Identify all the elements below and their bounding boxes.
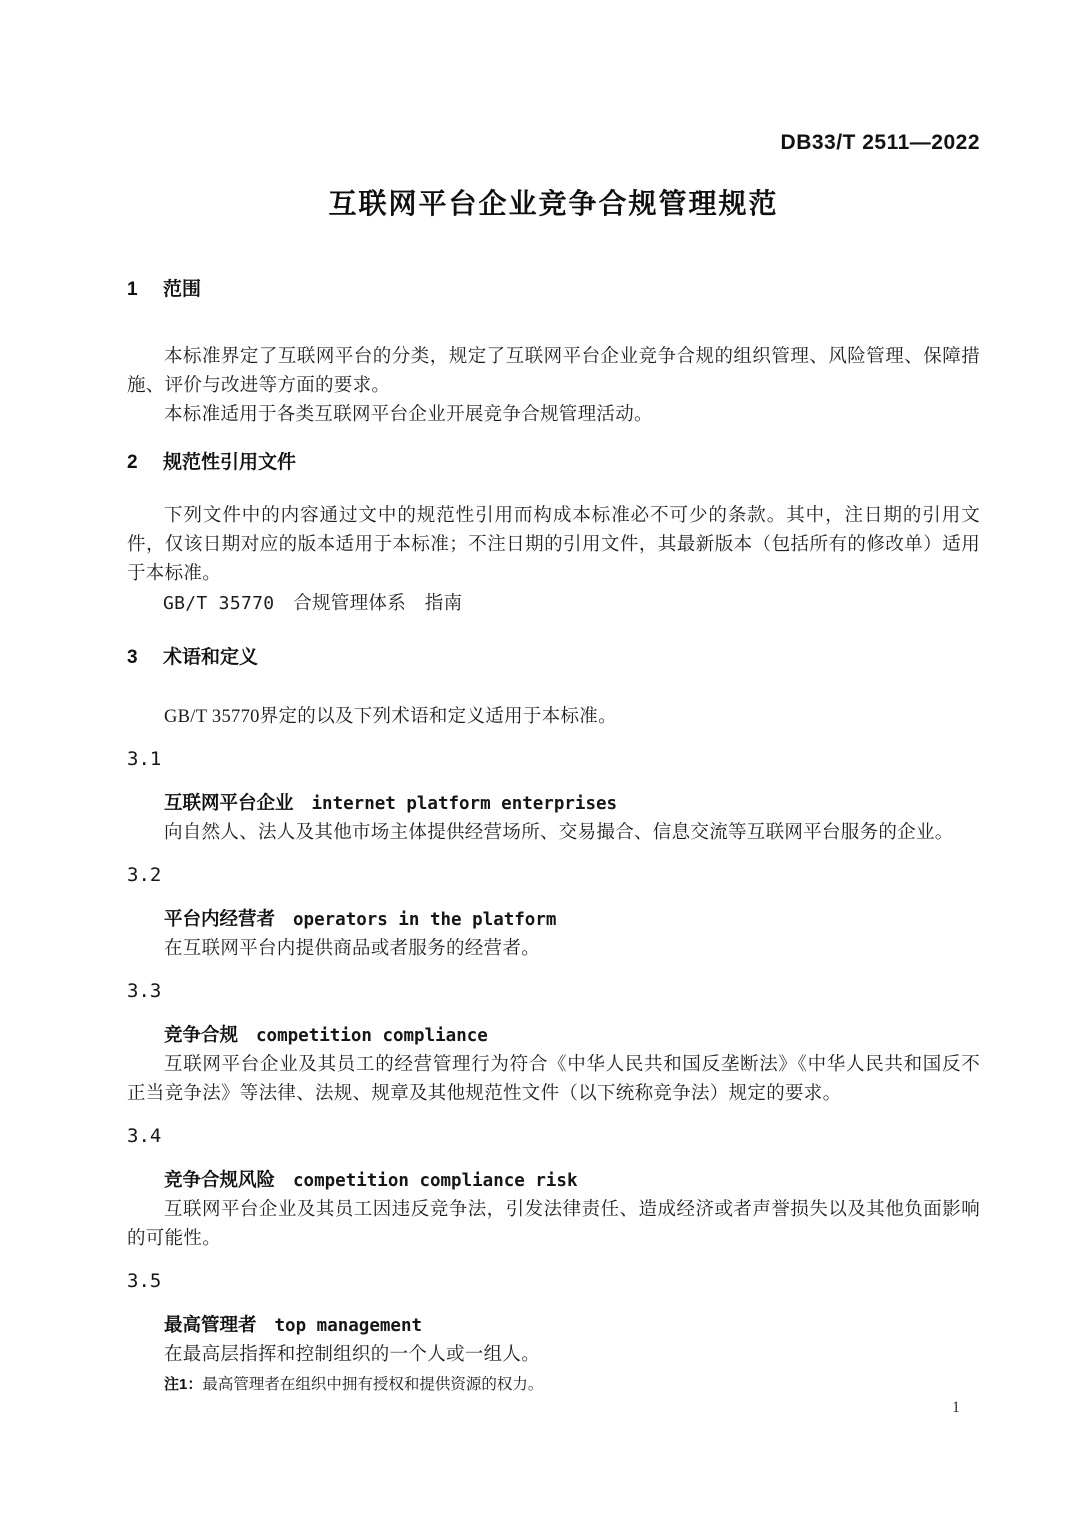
clause-number: 2 (127, 450, 141, 476)
term-id: 3.2 (127, 862, 980, 888)
term-name: 平台内经营者 (164, 908, 275, 929)
term-note: 注1：最高管理者在组织中拥有授权和提供资源的权力。 (164, 1374, 980, 1396)
term-line: 竞争合规风险competition compliance risk (164, 1165, 980, 1196)
term-definition: 在最高层指挥和控制组织的一个人或一组人。 (127, 1341, 980, 1370)
term-english: internet platform enterprises (312, 794, 618, 814)
document-title: 互联网平台企业竞争合规管理规范 (127, 184, 980, 224)
term-definition: 向自然人、法人及其他市场主体提供经营场所、交易撮合、信息交流等互联网平台服务的企… (127, 819, 980, 848)
term-line: 最高管理者top management (164, 1310, 980, 1341)
term-id: 3.3 (127, 978, 980, 1004)
normative-references-paragraph: 下列文件中的内容通过文中的规范性引用而构成本标准必不可少的条款。其中，注日期的引… (127, 502, 980, 589)
term-name: 最高管理者 (164, 1314, 257, 1335)
term-id: 3.1 (127, 746, 980, 772)
clause-heading-terms: 3术语和定义 (127, 645, 980, 671)
term-line: 竞争合规competition compliance (164, 1020, 980, 1051)
scope-body: 本标准界定了互联网平台的分类，规定了互联网平台企业竞争合规的组织管理、风险管理、… (127, 343, 980, 430)
clause-title: 术语和定义 (163, 647, 258, 668)
term-definition: 互联网平台企业及其员工的经营管理行为符合《中华人民共和国反垄断法》《中华人民共和… (127, 1051, 980, 1109)
reference-code: GB/T 35770 (163, 593, 274, 614)
term-line: 平台内经营者operators in the platform (164, 904, 980, 935)
term-name: 互联网平台企业 (164, 792, 294, 813)
term-name: 竞争合规 (164, 1024, 238, 1045)
term-definition: 互联网平台企业及其员工因违反竞争法，引发法律责任、造成经济或者声誉损失以及其他负… (127, 1196, 980, 1254)
terms-intro-paragraph: GB/T 35770界定的以及下列术语和定义适用于本标准。 (127, 703, 980, 732)
clause-number: 1 (127, 277, 141, 303)
term-name: 竞争合规风险 (164, 1169, 275, 1190)
term-id: 3.4 (127, 1123, 980, 1149)
term-english: operators in the platform (293, 910, 556, 930)
note-label: 注1： (164, 1376, 202, 1393)
standard-code: DB33/T 2511—2022 (127, 132, 980, 154)
clause-title: 范围 (163, 279, 201, 300)
clause-heading-normative-references: 2规范性引用文件 (127, 450, 980, 476)
reference-title: 合规管理体系 指南 (274, 594, 462, 614)
reference-entry: GB/T 35770 合规管理体系 指南 (127, 589, 980, 619)
clause-number: 3 (127, 645, 141, 671)
scope-paragraph: 本标准界定了互联网平台的分类，规定了互联网平台企业竞争合规的组织管理、风险管理、… (127, 343, 980, 401)
term-english: top management (275, 1316, 423, 1336)
terms-intro: GB/T 35770界定的以及下列术语和定义适用于本标准。 (127, 703, 980, 732)
term-id: 3.5 (127, 1268, 980, 1294)
term-english: competition compliance risk (293, 1171, 577, 1191)
scope-paragraph: 本标准适用于各类互联网平台企业开展竞争合规管理活动。 (127, 401, 980, 430)
clause-title: 规范性引用文件 (163, 452, 296, 473)
page-number: 1 (952, 1398, 960, 1418)
term-line: 互联网平台企业internet platform enterprises (164, 788, 980, 819)
term-english: competition compliance (256, 1026, 488, 1046)
normative-references-body: 下列文件中的内容通过文中的规范性引用而构成本标准必不可少的条款。其中，注日期的引… (127, 502, 980, 619)
term-definition: 在互联网平台内提供商品或者服务的经营者。 (127, 935, 980, 964)
clause-heading-scope: 1范围 (127, 277, 980, 303)
document-page: DB33/T 2511—2022 互联网平台企业竞争合规管理规范 1范围 本标准… (0, 0, 1080, 1527)
note-text: 最高管理者在组织中拥有授权和提供资源的权力。 (202, 1376, 543, 1393)
